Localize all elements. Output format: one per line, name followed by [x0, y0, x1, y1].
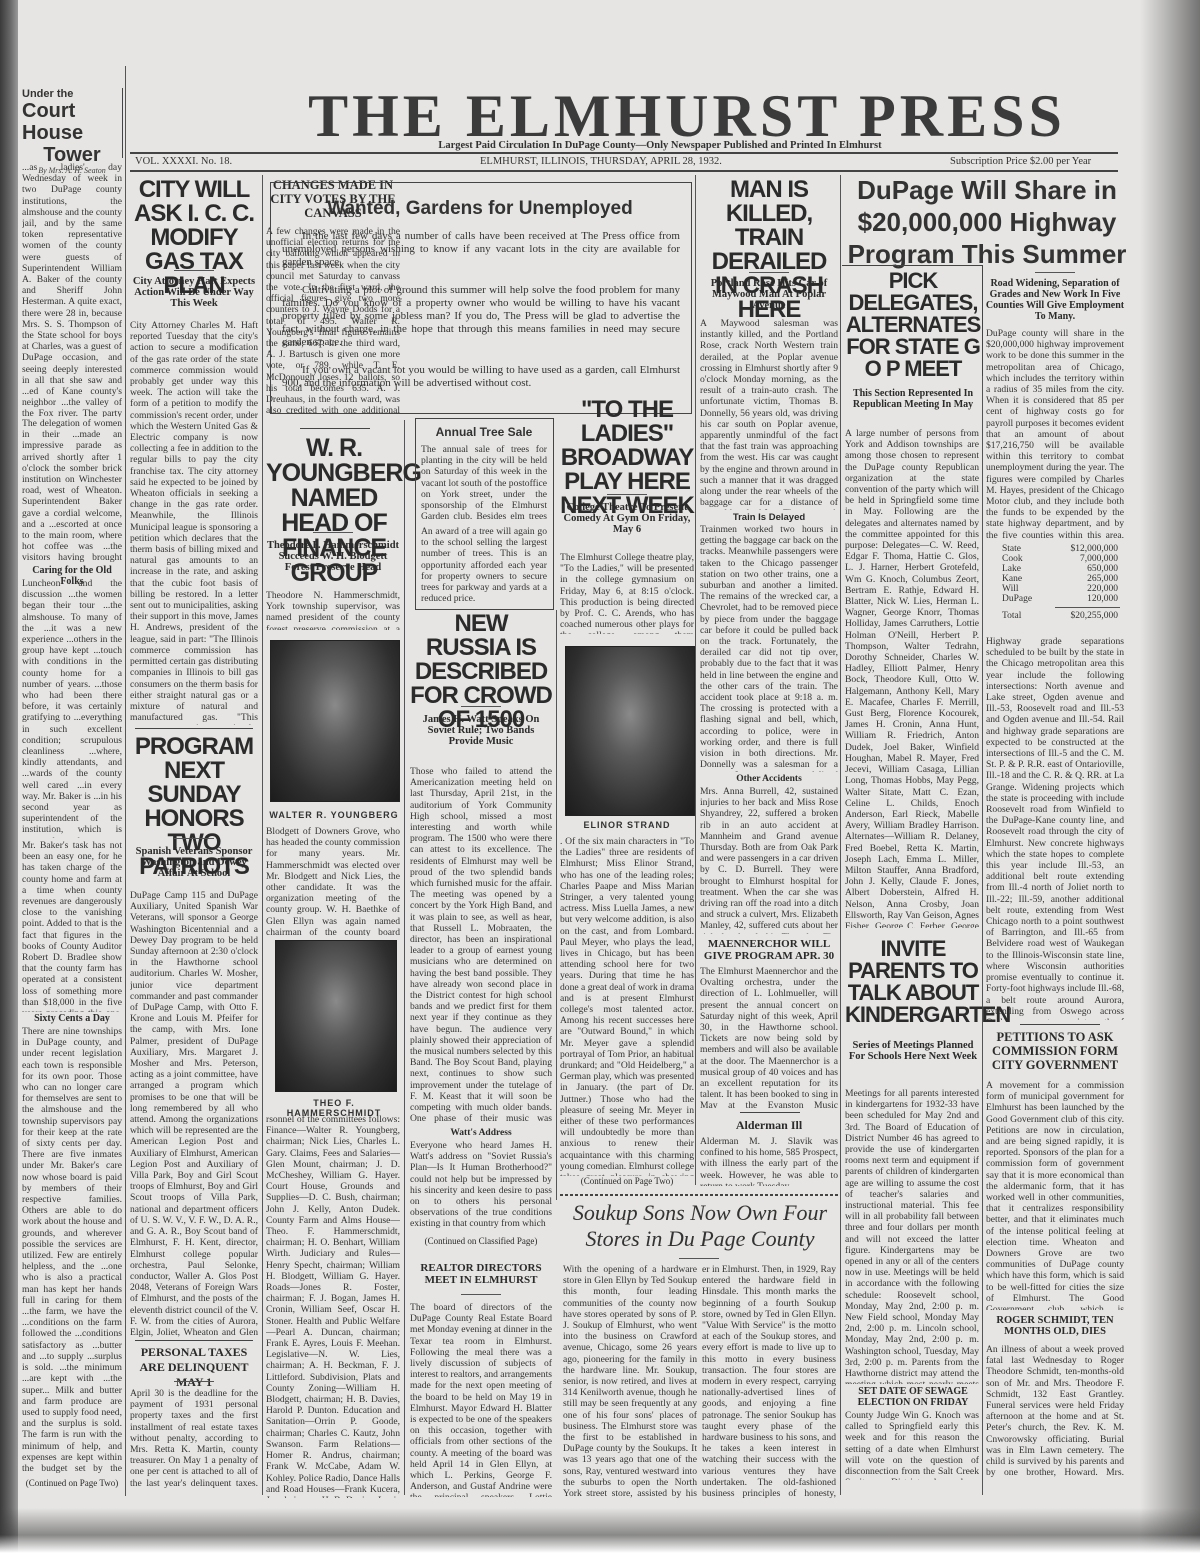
subhead-patriots: Spanish Veterans Sponsor Washington and …	[130, 846, 258, 879]
headline-maennerchor: MAENNERCHOR WILL GIVE PROGRAM APR. 30	[700, 938, 838, 962]
body-watts-address: Everyone who heard James H. Watt's addre…	[410, 1140, 552, 1232]
body-train-delayed: Trainmen worked two hours in getting the…	[700, 524, 838, 772]
corner-body-4: Mr. Baker's task has not been an easy on…	[22, 840, 122, 1012]
column-rule	[695, 175, 696, 1185]
column-rule	[982, 265, 983, 1495]
funds-row: Will220,000	[1000, 584, 1120, 594]
body-gardens-2: Cultivating a plot of ground this summer…	[282, 284, 680, 360]
funds-row: DuPage120,000	[1000, 594, 1120, 604]
body-youngberg: Theodore N. Hammerschmidt, York township…	[266, 590, 400, 630]
body-petitions: A movement for a commission form of muni…	[986, 1080, 1124, 1310]
body-schmidt: An illness of about a week proved fatal …	[986, 1344, 1124, 1479]
column-rule	[125, 66, 126, 1496]
body-other-accidents: Mrs. Anna Burrell, 42, sustained injurie…	[700, 786, 838, 934]
divider	[740, 1112, 800, 1113]
corner-body-2: The delegation of women in their ...made…	[22, 418, 122, 563]
body-train: A Maywood salesman was instantly killed,…	[700, 318, 838, 510]
dashed-divider	[560, 1194, 838, 1196]
body-soukup-2: er in Elmhurst. Then, in 1929, Ray enter…	[702, 1264, 836, 1498]
subhead-kindergarten: Series of Meetings Planned For Schools H…	[845, 1040, 981, 1062]
headline-gardens: Wanted, Gardens for Unemployed	[300, 198, 660, 220]
headline-realtor: REALTOR DIRECTORS MEET IN ELMHURST	[410, 1262, 552, 1286]
corner-body-5: There are nine townships in DuPage count…	[22, 1026, 122, 1474]
corner-kicker: Under the	[22, 88, 122, 100]
masthead-rule-bottom	[130, 170, 1118, 172]
photo-hammerschmidt	[275, 940, 397, 1092]
caption-youngberg: WALTER R. YOUNGBERG	[266, 810, 402, 820]
newspaper-page: Under the Court House Tower By Mrs. A. H…	[0, 0, 1200, 1553]
funds-row: Lake650,000	[1000, 564, 1120, 574]
caption-elinor-strand: ELINOR STRAND	[560, 820, 694, 830]
subhead-delegates: This Section Represented In Republican M…	[845, 388, 981, 410]
volume-number: VOL. XXXXI. No. 18.	[135, 156, 232, 167]
body-to-the-ladies: The Elmhurst College theatre play, "To t…	[560, 552, 694, 634]
headline-soukup: Soukup Sons Now Own Four Stores in Du Pa…	[565, 1200, 835, 1252]
photo-youngberg	[270, 640, 400, 802]
subhead-watts-address: Watt's Address	[410, 1128, 552, 1138]
body-to-the-ladies-cont: . Of the six main characters in "To the …	[560, 836, 694, 1176]
body-kindergarten: Meetings for all parents interested in k…	[845, 1088, 979, 1384]
body-tree-sale-1: The annual sale of trees for planting in…	[421, 444, 547, 522]
funds-row: Cook7,000,000	[1000, 554, 1120, 564]
subscription-price: Subscription Price $2.00 per Year	[950, 156, 1091, 167]
subhead-youngberg: Theodore F. Hammerschmidt Succeeds W. H.…	[266, 540, 400, 573]
page-bottom-edge	[0, 1508, 1200, 1553]
subhead-train-delayed: Train Is Delayed	[700, 512, 838, 523]
page-edge-shadow	[1140, 0, 1200, 1553]
body-sewage: County Judge Win G. Knoch was called to …	[845, 1410, 979, 1480]
body-youngberg-cont: Blodgett of Downers Grove, who has heade…	[266, 826, 400, 936]
subhead-highway: Road Widening, Separation of Grades and …	[985, 278, 1125, 322]
dateline: ELMHURST, ILLINOIS, THURSDAY, APRIL 28, …	[480, 156, 722, 167]
corner-column-header: Under the Court House Tower By Mrs. A. H…	[22, 88, 123, 158]
corner-title-1: Court House	[22, 100, 122, 144]
body-highway-1: DuPage county will share in the $20,000,…	[986, 328, 1124, 538]
subhead-to-the-ladies: College Theatre To Present Comedy At Gym…	[560, 502, 694, 535]
headline-alderman: Alderman Ill	[700, 1118, 838, 1133]
body-tree-sale-2: An award of a tree will again go to the …	[421, 526, 547, 604]
headline-delegates: PICK DELEGATES, ALTERNATES FOR STATE G O…	[845, 270, 981, 380]
body-personal-taxes: April 30 is the deadline for the payment…	[130, 1388, 258, 1488]
body-maennerchor: The Elmhurst Maennerchor and the Ovaltin…	[700, 966, 838, 1108]
subhead-new-russia: James H. Watt Speaks On Soviet Rule; Two…	[410, 714, 552, 747]
column-rule	[404, 420, 405, 1495]
headline-tree-sale: Annual Tree Sale	[420, 425, 548, 439]
highway-funds-table: State$12,000,000Cook7,000,000Lake650,000…	[1000, 544, 1120, 621]
column-rule	[840, 175, 841, 1495]
body-soukup-1: With the opening of a hardware store in …	[563, 1264, 697, 1498]
headline-kindergarten: INVITE PARENTS TO TALK ABOUT KINDERGARTE…	[845, 938, 981, 1026]
total-label: Total	[1000, 611, 1037, 621]
divider	[135, 1340, 253, 1341]
masthead-tagline: Largest Paid Circulation In DuPage Count…	[380, 140, 940, 151]
body-new-russia: Those who failed to attend the Americani…	[410, 766, 552, 1126]
corner-body-3: Luncheon and the discussion ...the women…	[22, 578, 122, 838]
continued-classified: (Continued on Classified Page)	[410, 1236, 552, 1246]
masthead-rule-top	[130, 152, 1118, 154]
corner-continued: (Continued on Page Two)	[22, 1478, 122, 1488]
headline-petitions: PETITIONS TO ASK COMMISSION FORM CITY GO…	[985, 1030, 1125, 1072]
corner-subhead-2: Sixty Cents a Day	[22, 1013, 122, 1024]
body-highway-2: Highway grade separations scheduled to b…	[986, 636, 1124, 1020]
headline-highway: DuPage Will Share in $20,000,000 Highway…	[842, 174, 1132, 270]
funds-row: Kane265,000	[1000, 574, 1120, 584]
corner-body-1: ...as ladies' day Wednesday of week in t…	[22, 162, 122, 417]
divider	[1020, 1024, 1100, 1025]
headline-sewage: SET DATE OF SEWAGE ELECTION ON FRIDAY	[845, 1386, 981, 1408]
body-alderman: Alderman M. J. Slavik was confined to hi…	[700, 1136, 838, 1186]
photo-elinor-strand	[565, 646, 695, 816]
subhead-gas-tax: City Attorney Haft Expects Action Will B…	[130, 276, 258, 309]
body-delegates: A large number of persons from York and …	[845, 428, 979, 928]
column-rule	[262, 175, 263, 1495]
body-gardens-1: In the last few days a number of calls h…	[282, 230, 680, 278]
subhead-other-accidents: Other Accidents	[700, 774, 838, 784]
subhead-train: Portland Rose Hits Car of Maywood Man At…	[700, 278, 838, 311]
body-patriots: DuPage Camp 115 and DuPage Auxiliary, Un…	[130, 890, 258, 1338]
body-realtor: The board of directors of the DuPage Cou…	[410, 1302, 552, 1497]
column-rule	[556, 610, 557, 1200]
divider	[135, 728, 253, 729]
headline-schmidt: ROGER SCHMIDT, TEN MONTHS OLD, DIES	[985, 1315, 1125, 1337]
total-amount: $20,255,000	[1037, 611, 1120, 621]
binding-shadow	[0, 0, 18, 1553]
body-youngberg-committees: rsonnel of the committees follows: Finan…	[266, 1114, 400, 1498]
funds-row: State$12,000,000	[1000, 544, 1120, 554]
body-gas-tax: City Attorney Charles M. Haft reported T…	[130, 320, 258, 725]
divider	[300, 428, 370, 429]
continued-page-two: (Continued on Page Two)	[560, 1176, 694, 1186]
